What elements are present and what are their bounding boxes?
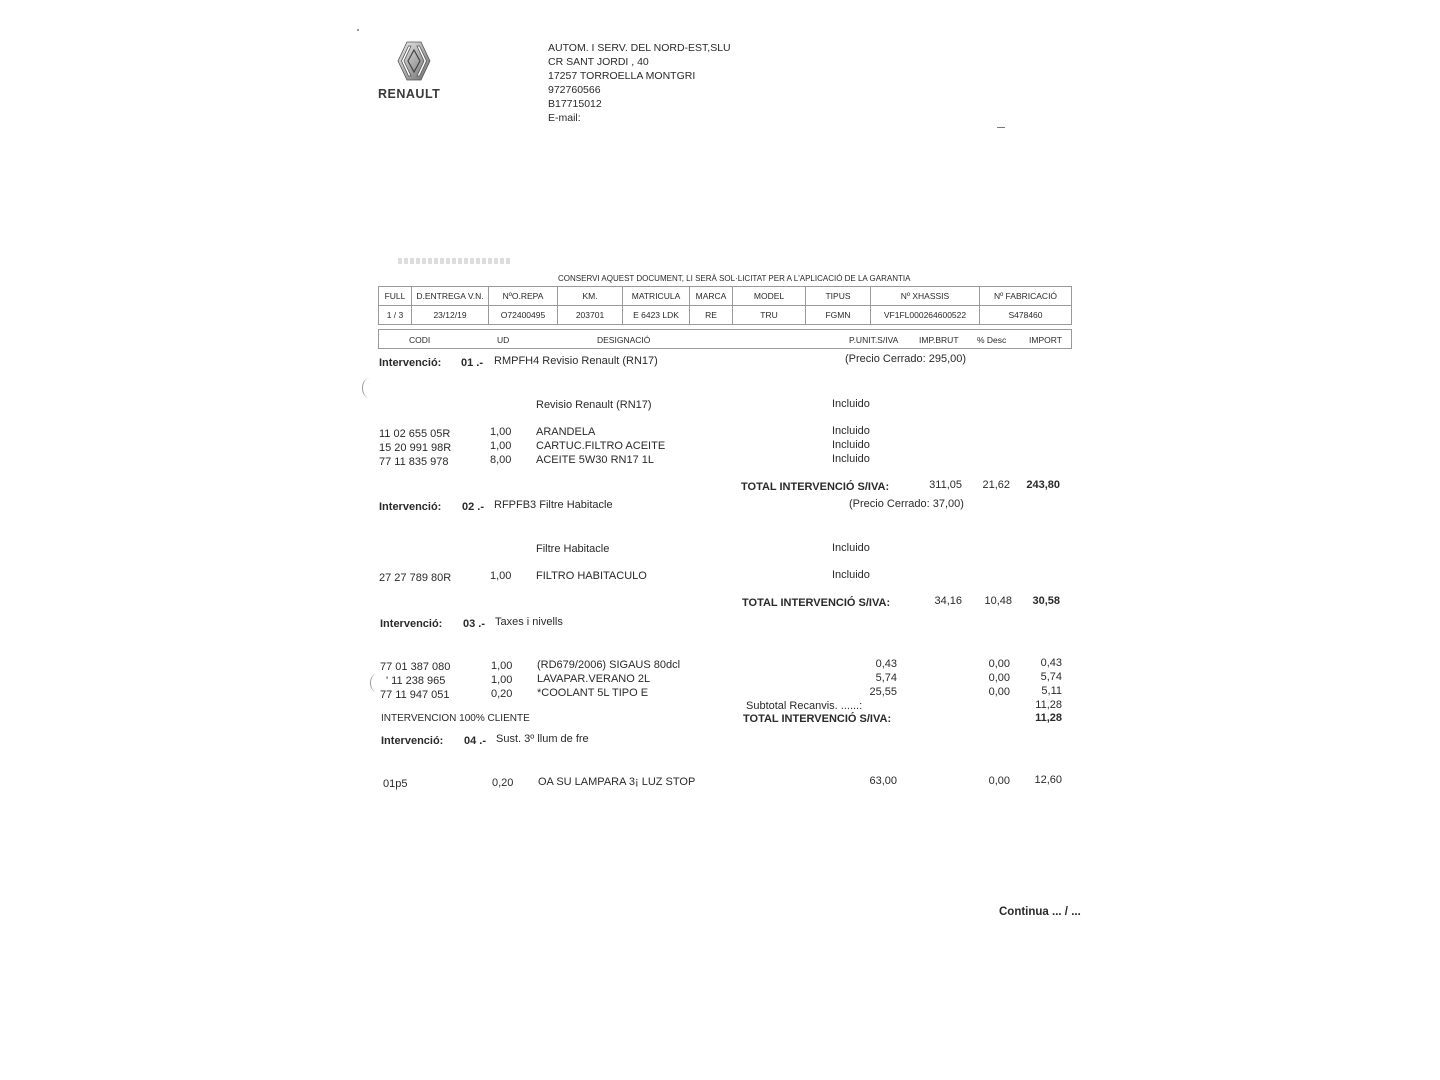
part-status: Incluido: [832, 568, 870, 582]
company-name: AUTOM. I SERV. DEL NORD-EST,SLU: [548, 41, 731, 55]
part-code: 15 20 991 98R: [379, 441, 451, 455]
part-code: 77 01 387 080: [380, 660, 450, 674]
hdr-entrega: D.ENTREGA V.N.: [412, 287, 489, 306]
intervention-number: 02 .-: [462, 500, 484, 514]
intervention-title: RFPFB3 Filtre Habitacle: [494, 498, 613, 512]
intervention-label: Intervenció:: [379, 500, 441, 514]
part-code: 11 02 655 05R: [379, 427, 450, 441]
col-codi: CODI: [409, 335, 430, 345]
service-desc: Filtre Habitacle: [536, 542, 609, 556]
info-value-row: 1 / 3 23/12/19 O72400495 203701 E 6423 L…: [379, 306, 1072, 325]
hdr-marca: MARCA: [690, 287, 733, 306]
hdr-xhassis: Nº XHASSIS: [871, 287, 980, 306]
hdr-matricula: MATRICULA: [623, 287, 690, 306]
part-desc: ARANDELA: [536, 425, 595, 439]
part-discount: 0,00: [970, 774, 1010, 788]
continua-label: Continua ... / ...: [999, 905, 1081, 919]
precio-cerrado: (Precio Cerrado: 295,00): [845, 352, 966, 366]
intervention-label: Intervenció:: [379, 356, 441, 370]
part-code: 27 27 789 80R: [379, 571, 451, 585]
col-designacio: DESIGNACIÓ: [597, 335, 650, 345]
val-tipus: FGMN: [806, 306, 871, 325]
intervention-label: Intervenció:: [381, 734, 443, 748]
total-brut: 311,05: [912, 478, 962, 492]
part-desc: ACEITE 5W30 RN17 1L: [536, 453, 654, 467]
company-tax-id: B17715012: [548, 97, 731, 111]
vehicle-info-table: FULL D.ENTREGA V.N. NºO.REPA KM. MATRICU…: [378, 286, 1072, 325]
intervention-title: RMPFH4 Revisio Renault (RN17): [494, 354, 658, 368]
intervention-title: Taxes i nivells: [495, 615, 563, 629]
val-orepa: O72400495: [489, 306, 558, 325]
renault-logo-icon: [396, 40, 432, 82]
info-header-row: FULL D.ENTREGA V.N. NºO.REPA KM. MATRICU…: [379, 287, 1072, 306]
part-qty: 1,00: [491, 673, 512, 687]
val-full: 1 / 3: [379, 306, 412, 325]
service-status: Incluido: [832, 397, 870, 411]
intervention-number: 03 .-: [463, 617, 485, 631]
company-address: AUTOM. I SERV. DEL NORD-EST,SLU CR SANT …: [548, 41, 731, 125]
service-desc: Revisio Renault (RN17): [536, 398, 652, 412]
part-desc: (RD679/2006) SIGAUS 80dcl: [537, 658, 680, 672]
service-status: Incluido: [832, 541, 870, 555]
part-desc: FILTRO HABITACULO: [536, 569, 647, 583]
part-qty: 8,00: [490, 453, 511, 467]
part-qty: 1,00: [490, 569, 511, 583]
part-status: Incluido: [832, 452, 870, 466]
part-desc: OA SU LAMPARA 3¡ LUZ STOP: [538, 775, 695, 789]
col-import: IMPORT: [1029, 335, 1062, 345]
total-discount: 21,62: [972, 478, 1010, 492]
col-impbrut: IMP.BRUT: [919, 335, 959, 345]
hdr-full: FULL: [379, 287, 412, 306]
intervention-note: INTERVENCION 100% CLIENTE: [381, 713, 530, 724]
val-km: 203701: [558, 306, 623, 325]
total-import: 243,80: [1016, 478, 1060, 492]
part-code: 77 11 947 051: [380, 688, 450, 702]
part-qty: 1,00: [491, 659, 512, 673]
part-code: 77 11 835 978: [379, 455, 449, 469]
hdr-model: MODEL: [733, 287, 806, 306]
warranty-notice: CONSERVI AQUEST DOCUMENT, LI SERÀ SOL·LI…: [558, 274, 910, 283]
part-status: Incluido: [832, 424, 870, 438]
part-unit-price: 25,55: [850, 685, 897, 699]
part-unit-price: 0,43: [850, 657, 897, 671]
company-email-label: E-mail:: [548, 111, 731, 125]
part-import: 5,74: [1020, 670, 1062, 684]
part-unit-price: 5,74: [850, 671, 897, 685]
brand-name: RENAULT: [378, 87, 440, 101]
part-desc: *COOLANT 5L TIPO E: [537, 686, 648, 700]
company-street: CR SANT JORDI , 40: [548, 55, 731, 69]
val-fabricacio: S478460: [980, 306, 1072, 325]
part-qty: 1,00: [490, 439, 511, 453]
part-desc: LAVAPAR.VERANO 2L: [537, 672, 650, 686]
part-discount: 0,00: [970, 657, 1010, 671]
precio-cerrado: (Precio Cerrado: 37,00): [849, 497, 964, 511]
intervention-title: Sust. 3º llum de fre: [496, 732, 589, 746]
total-import: 11,28: [1020, 711, 1062, 725]
part-discount: 0,00: [970, 685, 1010, 699]
val-matricula: E 6423 LDK: [623, 306, 690, 325]
part-discount: 0,00: [970, 671, 1010, 685]
col-desc: % Desc: [977, 335, 1006, 345]
total-brut: 34,16: [912, 594, 962, 608]
part-qty: 0,20: [491, 687, 512, 701]
subtotal-label: Subtotal Recanvis. ......:: [746, 699, 862, 713]
val-marca: RE: [690, 306, 733, 325]
scan-punch-mark: [362, 378, 377, 398]
part-unit-price: 63,00: [850, 774, 897, 788]
intervention-label: Intervenció:: [380, 617, 442, 631]
total-import: 30,58: [1016, 594, 1060, 608]
val-model: TRU: [733, 306, 806, 325]
scan-mark: [997, 127, 1005, 128]
part-code: 01p5: [383, 777, 407, 791]
col-punit: P.UNIT.S/IVA: [849, 335, 898, 345]
total-label: TOTAL INTERVENCIÓ S/IVA:: [741, 480, 889, 494]
company-city: 17257 TORROELLA MONTGRI: [548, 69, 731, 83]
part-qty: 1,00: [490, 425, 511, 439]
col-ud: UD: [497, 335, 509, 345]
subtotal-value: 11,28: [1020, 698, 1062, 712]
part-qty: 0,20: [492, 776, 513, 790]
hdr-orepa: NºO.REPA: [489, 287, 558, 306]
column-header-bar: CODI UD DESIGNACIÓ P.UNIT.S/IVA IMP.BRUT…: [378, 329, 1072, 349]
cutoff-text: [398, 258, 510, 264]
val-xhassis: VF1FL000264600522: [871, 306, 980, 325]
part-import: 5,11: [1020, 684, 1062, 698]
total-discount: 10,48: [972, 594, 1012, 608]
val-entrega: 23/12/19: [412, 306, 489, 325]
hdr-km: KM.: [558, 287, 623, 306]
intervention-number: 01 .-: [461, 356, 483, 370]
hdr-tipus: TIPUS: [806, 287, 871, 306]
part-import: 0,43: [1020, 656, 1062, 670]
part-code: ' 11 238 965: [386, 674, 445, 688]
total-label: TOTAL INTERVENCIÓ S/IVA:: [743, 712, 891, 726]
part-status: Incluido: [832, 438, 870, 452]
intervention-number: 04 .-: [464, 734, 486, 748]
hdr-fabricacio: Nº FABRICACIÓ: [980, 287, 1072, 306]
scan-speck: [357, 29, 359, 31]
part-desc: CARTUC.FILTRO ACEITE: [536, 439, 665, 453]
part-import: 12,60: [1020, 773, 1062, 787]
company-phone: 972760566: [548, 83, 731, 97]
total-label: TOTAL INTERVENCIÓ S/IVA:: [742, 596, 890, 610]
